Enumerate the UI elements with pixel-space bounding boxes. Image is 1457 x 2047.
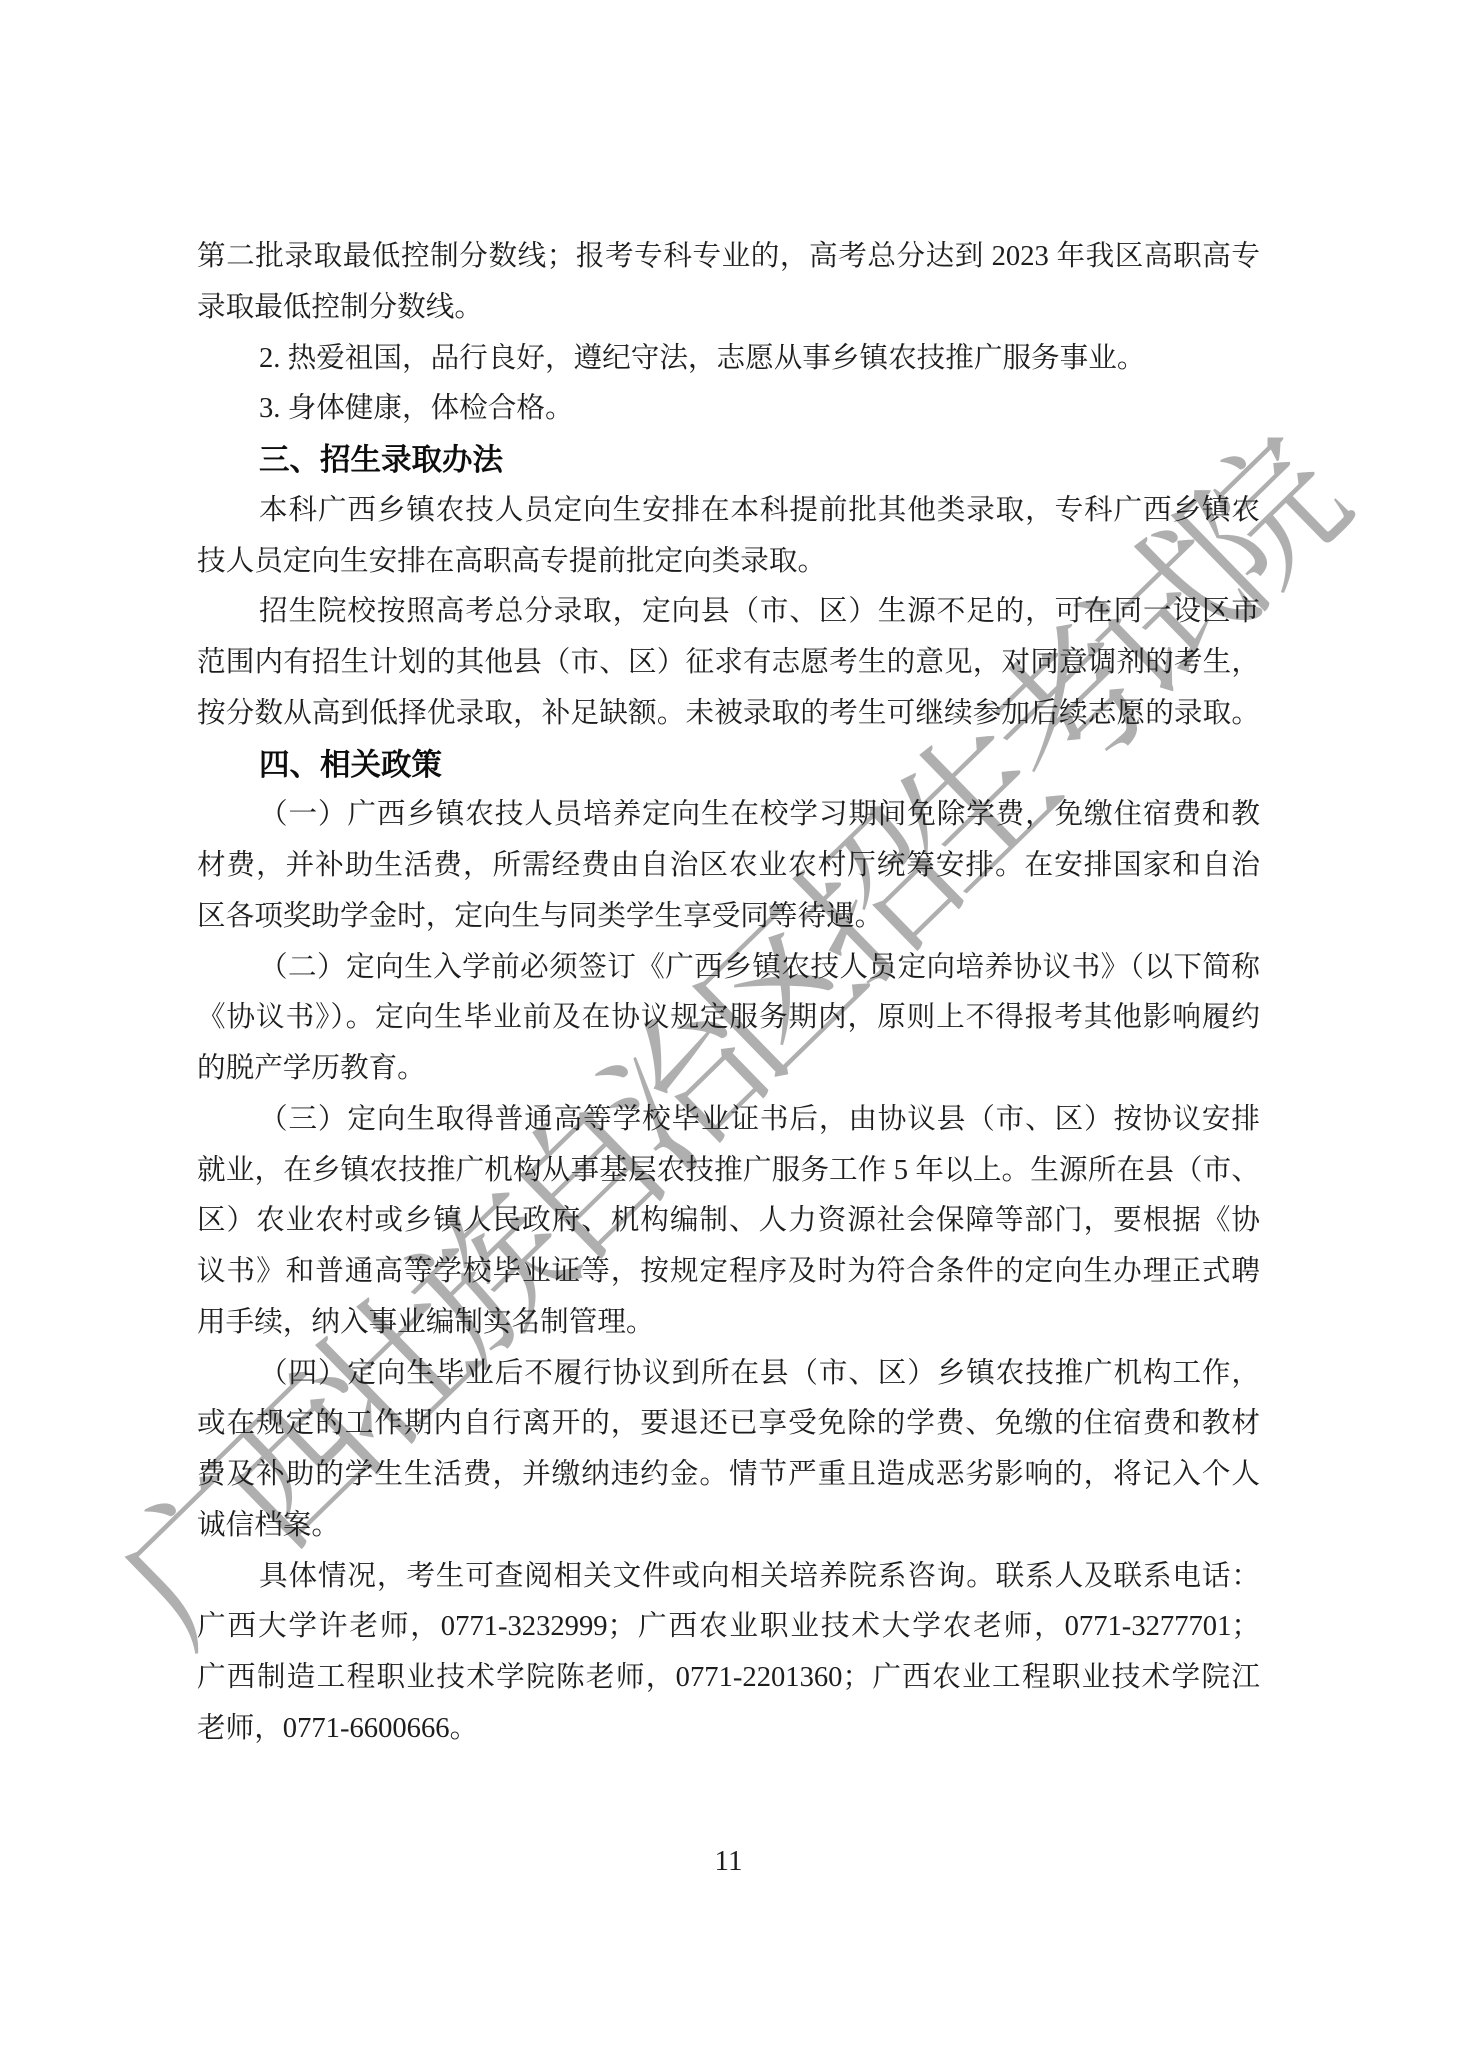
page-number: 11 bbox=[0, 1845, 1457, 1878]
doc-line: 本科广西乡镇农技人员定向生安排在本科提前批其他类录取，专科广西乡镇农 bbox=[197, 486, 1260, 537]
doc-line: 老师，0771-6600666。 bbox=[197, 1704, 1260, 1755]
doc-line: 材费，并补助生活费，所需经费由自治区农业农村厅统筹安排。在安排国家和自治 bbox=[197, 841, 1260, 892]
doc-line: 议书》和普通高等学校毕业证等，按规定程序及时为符合条件的定向生办理正式聘 bbox=[197, 1247, 1260, 1298]
doc-line: 就业，在乡镇农技推广机构从事基层农技推广服务工作 5 年以上。生源所在县（市、 bbox=[197, 1146, 1260, 1197]
doc-line: 区）农业农村或乡镇人民政府、机构编制、人力资源社会保障等部门，要根据《协 bbox=[197, 1196, 1260, 1247]
doc-line: 2. 热爱祖国，品行良好，遵纪守法，志愿从事乡镇农技推广服务事业。 bbox=[197, 334, 1260, 385]
section-heading-3: 三、招生录取办法 bbox=[197, 435, 1260, 486]
doc-line: （一）广西乡镇农技人员培养定向生在校学习期间免除学费，免缴住宿费和教 bbox=[197, 790, 1260, 841]
doc-line: 广西大学许老师，0771-3232999；广西农业职业技术大学农老师，0771-… bbox=[197, 1602, 1260, 1653]
doc-line: 招生院校按照高考总分录取，定向县（市、区）生源不足的，可在同一设区市 bbox=[197, 587, 1260, 638]
doc-line: 的脱产学历教育。 bbox=[197, 1044, 1260, 1095]
doc-line: 费及补助的学生生活费，并缴纳违约金。情节严重且造成恶劣影响的，将记入个人 bbox=[197, 1450, 1260, 1501]
doc-line: 或在规定的工作期内自行离开的，要退还已享受免除的学费、免缴的住宿费和教材 bbox=[197, 1399, 1260, 1450]
doc-line: 技人员定向生安排在高职高专提前批定向类录取。 bbox=[197, 537, 1260, 588]
doc-line: 区各项奖助学金时，定向生与同类学生享受同等待遇。 bbox=[197, 892, 1260, 943]
doc-line: 录取最低控制分数线。 bbox=[197, 283, 1260, 334]
document-body: 第二批录取最低控制分数线；报考专科专业的，高考总分达到 2023 年我区高职高专… bbox=[197, 232, 1260, 1755]
document-page: 广西壮族自治区招生考试院 第二批录取最低控制分数线；报考专科专业的，高考总分达到… bbox=[0, 0, 1457, 2047]
doc-line: （四）定向生毕业后不履行协议到所在县（市、区）乡镇农技推广机构工作， bbox=[197, 1349, 1260, 1400]
doc-line: 第二批录取最低控制分数线；报考专科专业的，高考总分达到 2023 年我区高职高专 bbox=[197, 232, 1260, 283]
doc-line: 3. 身体健康，体检合格。 bbox=[197, 384, 1260, 435]
doc-line: 广西制造工程职业技术学院陈老师，0771-2201360；广西农业工程职业技术学… bbox=[197, 1653, 1260, 1704]
doc-line: 《协议书》）。定向生毕业前及在协议规定服务期内，原则上不得报考其他影响履约 bbox=[197, 993, 1260, 1044]
section-heading-4: 四、相关政策 bbox=[197, 740, 1260, 791]
doc-line: （三）定向生取得普通高等学校毕业证书后，由协议县（市、区）按协议安排 bbox=[197, 1095, 1260, 1146]
doc-line: 诚信档案。 bbox=[197, 1501, 1260, 1552]
doc-line: （二）定向生入学前必须签订《广西乡镇农技人员定向培养协议书》（以下简称 bbox=[197, 943, 1260, 994]
doc-line: 用手续，纳入事业编制实名制管理。 bbox=[197, 1298, 1260, 1349]
doc-line: 具体情况，考生可查阅相关文件或向相关培养院系咨询。联系人及联系电话： bbox=[197, 1552, 1260, 1603]
doc-line: 按分数从高到低择优录取，补足缺额。未被录取的考生可继续参加后续志愿的录取。 bbox=[197, 689, 1260, 740]
doc-line: 范围内有招生计划的其他县（市、区）征求有志愿考生的意见，对同意调剂的考生， bbox=[197, 638, 1260, 689]
